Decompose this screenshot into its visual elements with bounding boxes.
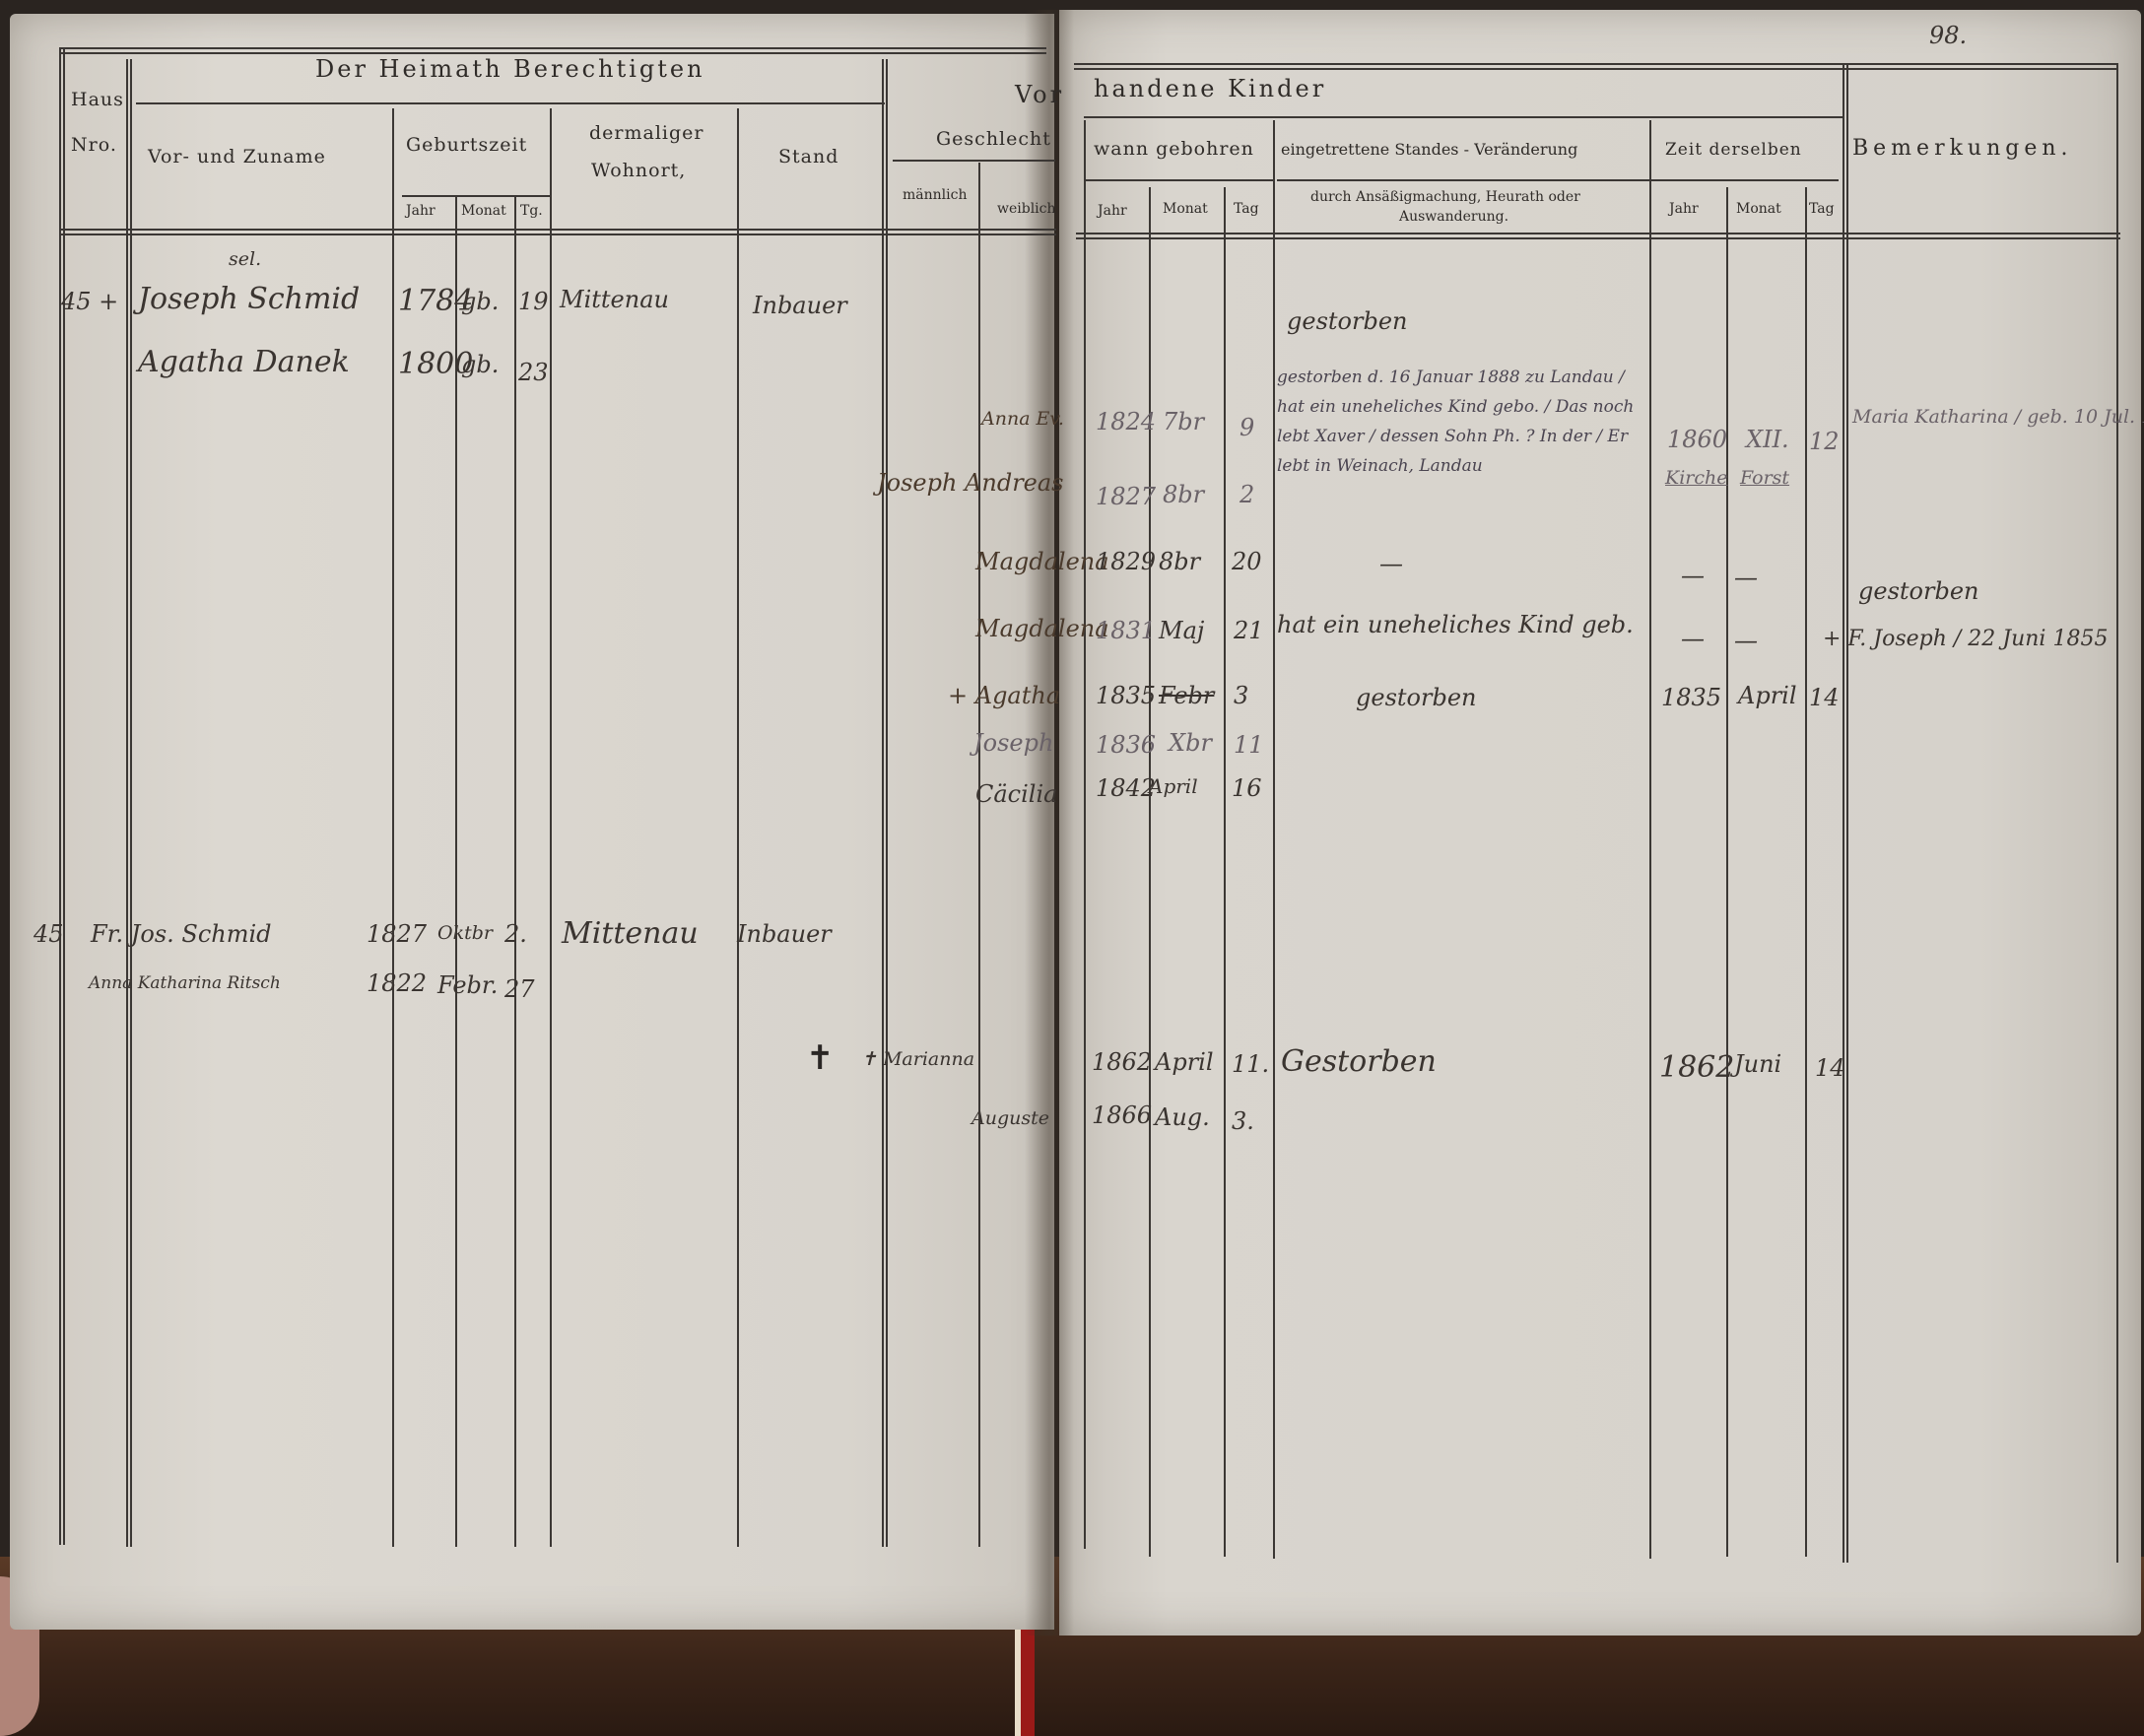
banner-heimath-berechtigten: Der Heimath Berechtigten [315,55,705,83]
child5-female-name: + Agatha [948,682,1060,709]
col-nro-label: Nro. [71,134,117,156]
child7-female-name: Cäcilia [975,780,1057,808]
rule-name [392,108,394,1547]
col-z-jahr: Jahr [1669,201,1699,217]
header-bottom-rule-right [1076,233,2120,239]
entry2-stand: Inbauer [737,920,832,948]
child9-tag: 3. [1232,1107,1254,1135]
book-gutter [1025,10,1074,1636]
col-wg-tag: Tag [1234,201,1259,217]
entry1-stand: Inbauer [753,292,847,319]
entry2-person2-jahr: 1822 [367,969,427,997]
child8-male-name: ✝ Marianna [861,1048,974,1070]
col-haus-label: Haus [71,89,124,110]
child9-female-name: Auguste [971,1107,1049,1129]
top-rule-right [1074,63,2118,70]
entry2-person1-jahr: 1827 [367,920,427,948]
banner-rule-left [136,102,885,104]
child2-jahr: 1827 [1096,483,1156,510]
child8-z-monat: Juni [1734,1050,1781,1078]
rule-wohnort [737,108,739,1547]
child8-jahr: 1862 [1092,1048,1152,1076]
col-geschlecht: Geschlecht [936,128,1051,150]
child6-monat: Xbr [1169,729,1212,757]
page-number: 98. [1929,22,1967,49]
entry2-wohnort: Mittenau [562,916,699,951]
child5-monat: Febr [1159,682,1214,709]
child4-female-name: Magdalena [975,615,1109,642]
veraenderung-sub-rule [1277,179,1649,181]
col-geb-jahr: Jahr [406,203,435,219]
entry2-person1-monat: Oktbr [437,922,493,944]
child3-monat: 8br [1159,548,1200,575]
rule-maennlich [978,163,980,1547]
child3-veraenderung: — [1379,550,1403,577]
rule-left-border [59,47,65,1545]
col-zeit-derselben: Zeit derselben [1665,140,1802,160]
child5-z-tag: 14 [1809,684,1840,711]
rule-right-edge [2116,65,2118,1563]
death-cross-icon: ✝ [806,1038,835,1078]
child3-z-monat: — [1734,564,1758,591]
col-veraenderung-sub-2: Auswanderung. [1399,209,1508,225]
child5-veraenderung: gestorben [1356,684,1476,711]
child3-female-name: Magdalena [975,548,1109,575]
child9-monat: Aug. [1155,1103,1210,1131]
zeit-sub-rule [1651,179,1839,181]
child8-z-jahr: 1862 [1659,1050,1734,1085]
rule-jahr [455,197,457,1547]
child3-jahr: 1829 [1096,548,1156,575]
entry1-person2-monat: gb. [461,351,499,378]
col-standes-veraenderung: eingetrettene Standes - Veränderung [1281,140,1577,159]
col-maennlich: männlich [903,187,967,203]
col-wg-jahr: Jahr [1098,203,1127,219]
banner-handene-kinder: handene Kinder [1094,75,1326,102]
child6-tag: 11 [1234,731,1264,759]
rule-wg-jahr [1149,187,1151,1557]
entry1-haus-nr: 45 + [61,288,118,315]
child1-monat: 7br [1163,408,1204,435]
col-stand: Stand [778,146,838,167]
child1-veraenderung: gestorben d. 16 Januar 1888 zu Landau / … [1277,363,1647,481]
child1-bemerkung: Maria Katharina / geb. 10 Jul. 1852 [1852,406,2144,428]
rule-stand [882,59,888,1547]
child1-jahr: 1824 [1096,408,1156,435]
rule-wg-tag [1273,120,1275,1559]
child8-tag: 11. [1232,1050,1269,1078]
child7-tag: 16 [1232,774,1262,802]
child4-jahr: 1831 [1096,617,1156,644]
child4-z-jahr: — [1681,625,1705,652]
col-geb-monat: Monat [461,203,506,219]
col-wg-monat: Monat [1163,201,1208,217]
entry2-haus-nr: 45 [33,920,64,948]
child5-jahr: 1835 [1096,682,1156,709]
rule-veraenderung [1649,120,1651,1559]
entry1-person1-tag: 19 [518,288,549,315]
entry1-person1-monat: gb. [461,288,499,315]
col-geburtszeit: Geburtszeit [406,134,527,156]
child5-z-monat: April [1738,682,1797,709]
child2-monat: 8br [1163,481,1204,508]
child3-z-jahr: — [1681,562,1705,589]
child1-z-monat: XII. [1746,426,1789,453]
child8-z-tag: 14 [1815,1054,1845,1082]
child4-tag: 21 [1234,617,1264,644]
entry1-gestorben-note: gestorben [1287,307,1407,335]
entry1-note-sel: sel. [229,248,261,270]
right-page [1059,10,2141,1636]
child5-tag: 3 [1234,682,1248,709]
top-rule-left [61,47,1046,54]
rule-z-jahr [1726,187,1728,1557]
rule-z-monat [1805,187,1807,1557]
child3-tag: 20 [1232,548,1262,575]
child3-bemerkung: gestorben [1858,577,1978,605]
child8-monat: April [1155,1048,1214,1076]
geburtszeit-sub-rule [402,195,550,197]
child4-monat: Maj [1159,617,1204,644]
rule-right-border [1084,120,1086,1549]
entry2-person2-name: Anna Katharina Ritsch [89,973,281,993]
child9-jahr: 1866 [1092,1102,1152,1129]
banner-rule-right [1084,116,1842,118]
child2-tag: 2 [1239,481,1254,508]
col-z-tag: Tag [1809,201,1835,217]
col-bemerkungen: Bemerkungen. [1852,136,2073,161]
rule-bemerkungen [1842,65,1848,1563]
rule-monat [514,197,516,1547]
child6-jahr: 1836 [1096,731,1156,759]
child8-veraenderung: Gestorben [1281,1044,1437,1079]
entry1-person2-tag: 23 [518,359,549,386]
child2-z-jahr: Kirche [1665,467,1727,489]
geschlecht-sub-rule [893,160,1055,162]
header-bottom-rule-left [61,229,1056,235]
wann-sub-rule [1086,179,1273,181]
rule-tag [550,108,552,1547]
col-wohnort-2: Wohnort, [591,160,686,181]
child4-z-monat: — [1734,627,1758,654]
col-wann-gebohren: wann gebohren [1094,138,1254,160]
child5-z-jahr: 1835 [1661,684,1721,711]
child4-veraenderung: hat ein uneheliches Kind geb. [1277,611,1634,638]
col-veraenderung-sub-1: durch Ansäßigmachung, Heurath oder [1310,189,1580,205]
col-vor-zuname: Vor- und Zuname [148,146,326,167]
col-weiblich: weiblich [997,201,1056,217]
entry1-person1-name: Joseph Schmid [138,282,360,316]
child7-monat: April [1149,774,1198,798]
col-z-monat: Monat [1736,201,1781,217]
entry2-person2-monat: Febr. [437,971,498,999]
entry2-person2-tag: 27 [504,975,535,1003]
child1-z-tag: 12 [1809,428,1840,455]
child1-tag: 9 [1239,414,1254,441]
banner-vor-prefix: Vor [1015,81,1064,108]
child2-male-name: Joseph Andreas [877,469,1064,497]
rule-wg-monat [1224,187,1226,1557]
entry1-wohnort: Mittenau [560,286,669,313]
col-wohnort-1: dermaliger [589,122,703,144]
child4-bemerkung: + F. Joseph / 22 Juni 1855 [1823,623,2109,656]
child2-z-monat: Forst [1740,467,1789,489]
child1-z-jahr: 1860 [1667,426,1727,453]
entry2-person1-tag: 2. [504,920,527,948]
col-geb-tag: Tg. [520,203,543,219]
child1-female-name: Anna Ev. [981,408,1064,430]
child6-female-name: Joseph [973,729,1053,757]
child7-jahr: 1842 [1096,774,1156,802]
entry1-person2-name: Agatha Danek [138,345,350,379]
entry2-person1-name: Fr. Jos. Schmid [91,920,272,948]
left-page [10,14,1054,1630]
rule-haus [126,59,132,1547]
